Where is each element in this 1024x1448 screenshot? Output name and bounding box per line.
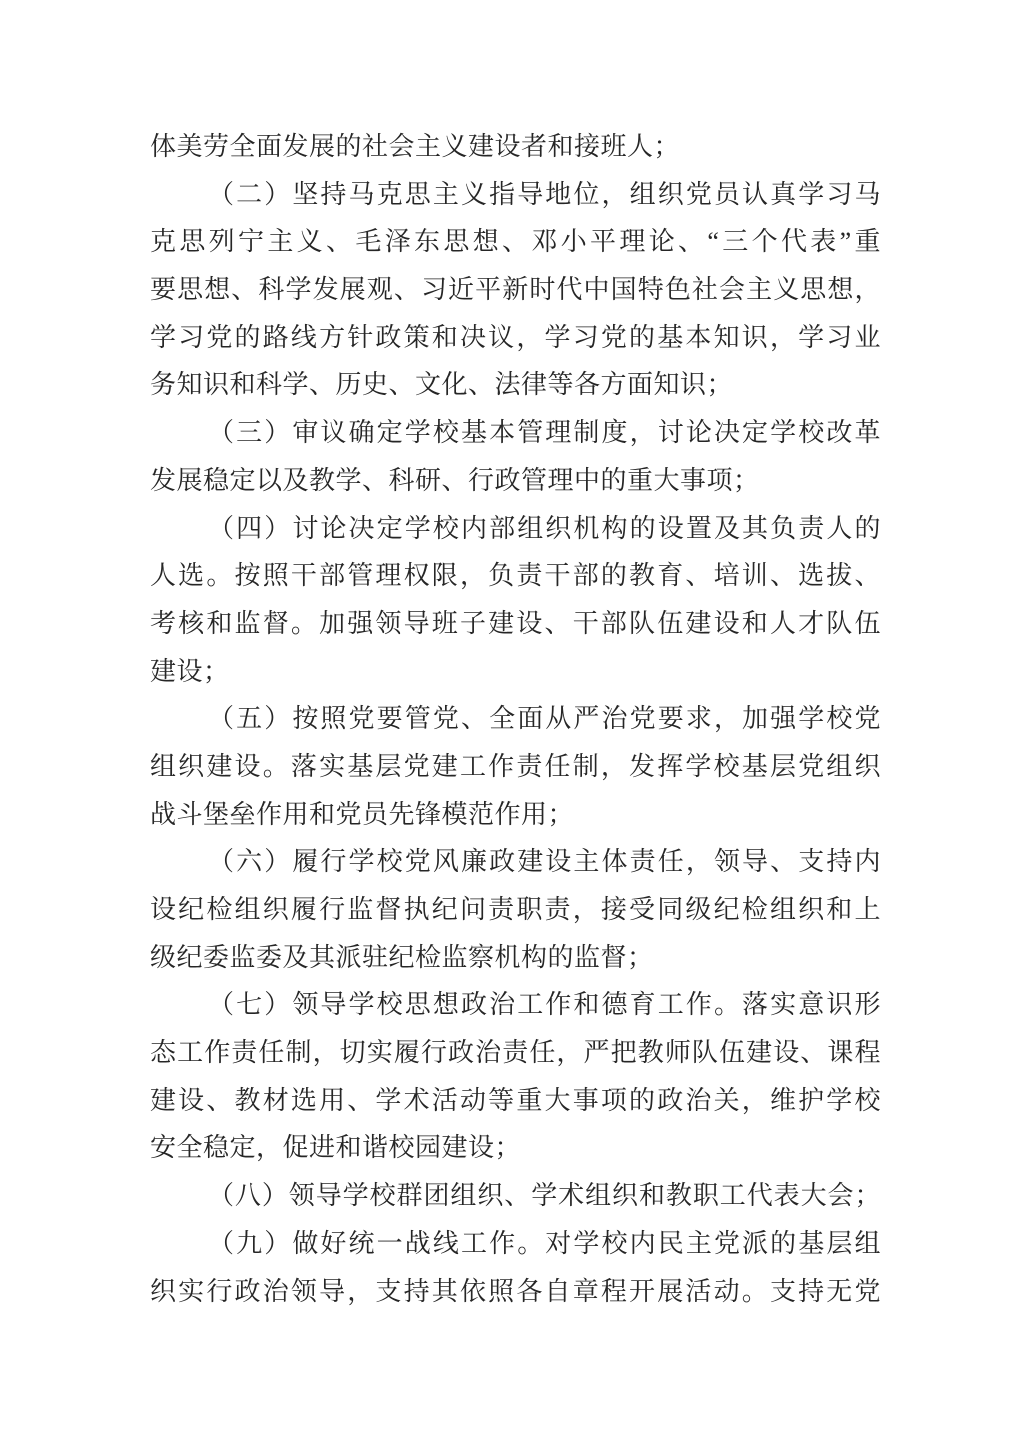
- text-line: 克思列宁主义、毛泽东思想、邓小平理论、“三个代表”重: [150, 218, 881, 266]
- text-line: 安全稳定，促进和谐校园建设；: [150, 1124, 881, 1172]
- text-line: 人选。按照干部管理权限，负责干部的教育、培训、选拔、: [150, 552, 881, 600]
- text-line: （五）按照党要管党、全面从严治党要求，加强学校党: [150, 695, 881, 743]
- text-line: 务知识和科学、历史、文化、法律等各方面知识；: [150, 361, 881, 409]
- text-line: （四）讨论决定学校内部组织机构的设置及其负责人的: [150, 505, 881, 553]
- text-line: 体美劳全面发展的社会主义建设者和接班人；: [150, 123, 881, 171]
- document-text-block: 体美劳全面发展的社会主义建设者和接班人； （二）坚持马克思主义指导地位，组织党员…: [150, 123, 881, 1315]
- text-line: 组织建设。落实基层党建工作责任制，发挥学校基层党组织: [150, 743, 881, 791]
- text-line: 建设、教材选用、学术活动等重大事项的政治关，维护学校: [150, 1077, 881, 1125]
- text-line: （八）领导学校群团组织、学术组织和教职工代表大会；: [150, 1172, 881, 1220]
- text-line: 级纪委监委及其派驻纪检监察机构的监督；: [150, 934, 881, 982]
- text-line: 学习党的路线方针政策和决议，学习党的基本知识，学习业: [150, 314, 881, 362]
- text-line: 考核和监督。加强领导班子建设、干部队伍建设和人才队伍: [150, 600, 881, 648]
- text-line: 织实行政治领导，支持其依照各自章程开展活动。支持无党: [150, 1268, 881, 1316]
- text-line: 要思想、科学发展观、习近平新时代中国特色社会主义思想，: [150, 266, 881, 314]
- text-line: 发展稳定以及教学、科研、行政管理中的重大事项；: [150, 457, 881, 505]
- text-line: 建设；: [150, 648, 881, 696]
- text-line: （二）坚持马克思主义指导地位，组织党员认真学习马: [150, 171, 881, 219]
- text-line: （九）做好统一战线工作。对学校内民主党派的基层组: [150, 1220, 881, 1268]
- document-page: 体美劳全面发展的社会主义建设者和接班人； （二）坚持马克思主义指导地位，组织党员…: [0, 0, 1024, 1448]
- text-line: （六）履行学校党风廉政建设主体责任，领导、支持内: [150, 838, 881, 886]
- text-line: 战斗堡垒作用和党员先锋模范作用；: [150, 791, 881, 839]
- text-line: 设纪检组织履行监督执纪问责职责，接受同级纪检组织和上: [150, 886, 881, 934]
- text-line: 态工作责任制，切实履行政治责任，严把教师队伍建设、课程: [150, 1029, 881, 1077]
- text-line: （七）领导学校思想政治工作和德育工作。落实意识形: [150, 981, 881, 1029]
- text-line: （三）审议确定学校基本管理制度，讨论决定学校改革: [150, 409, 881, 457]
